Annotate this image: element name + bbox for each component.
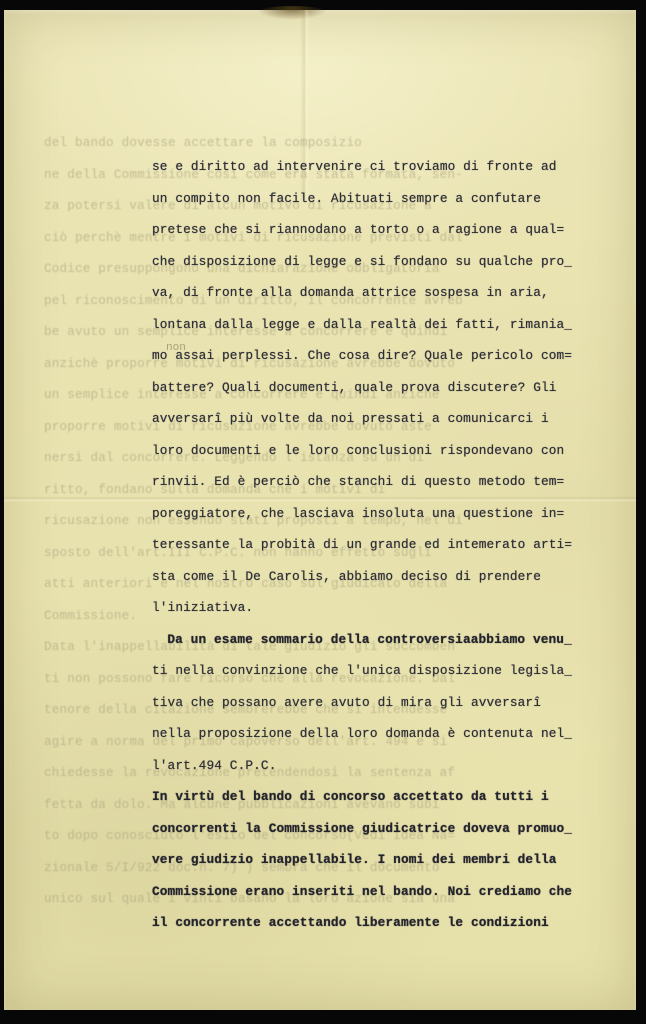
typed-line: vere giudizio inappellabile. I nomi dei … xyxy=(152,844,592,876)
typed-line: avversarî più volte da noi pressati a co… xyxy=(152,403,592,435)
typed-line: In virtù del bando di concorso accettato… xyxy=(152,781,592,813)
scan-border: del bando dovesse accettare la composizi… xyxy=(0,0,646,1024)
typed-line: lontana dalla legge e dalla realtà dei f… xyxy=(152,309,592,341)
typed-line: concorrenti la Commissione giudicatrice … xyxy=(152,813,592,845)
typed-line: Commissione erano inseriti nel bando. No… xyxy=(152,876,592,908)
typed-line: nella proposizione della loro domanda è … xyxy=(152,718,592,750)
typed-line: l'iniziativa. xyxy=(152,592,592,624)
typed-line: se e diritto ad intervenire ci troviamo … xyxy=(152,151,592,183)
typed-line: mo assai perplessi. Che cosa dire? Quale… xyxy=(152,340,592,372)
typed-line: tiva che possano avere avuto di mira gli… xyxy=(152,687,592,719)
paper-sheet: del bando dovesse accettare la composizi… xyxy=(4,10,636,1010)
typed-line: battere? Quali documenti, quale prova di… xyxy=(152,372,592,404)
typed-line: che disposizione di legge e si fondano s… xyxy=(152,246,592,278)
top-edge-smudge xyxy=(256,6,328,20)
typed-line: rinvii. Ed è perciò che stanchi di quest… xyxy=(152,466,592,498)
typed-line: teressante la probità di un grande ed in… xyxy=(152,529,592,561)
typed-line: Da un esame sommario della controversiaa… xyxy=(152,624,592,656)
typed-line: l'art.494 C.P.C. xyxy=(152,750,592,782)
typed-line: loro documenti e le loro conclusioni ris… xyxy=(152,435,592,467)
scanned-document-screenshot: { "page": { "border_color": "#070707", "… xyxy=(0,0,646,1024)
typed-line: il concorrente accettando liberamente le… xyxy=(152,907,592,939)
typed-line: un compito non facile. Abituati sempre a… xyxy=(152,183,592,215)
typed-line: pretese che si riannodano a torto o a ra… xyxy=(152,214,592,246)
typed-text-block: se e diritto ad intervenire ci troviamo … xyxy=(152,151,592,939)
typed-line: va, di fronte alla domanda attrice sospe… xyxy=(152,277,592,309)
typed-line: ti nella convinzione che l'unica disposi… xyxy=(152,655,592,687)
typed-line: poreggiatore, che lasciava insoluta una … xyxy=(152,498,592,530)
typed-line: sta come il De Carolis, abbiamo deciso d… xyxy=(152,561,592,593)
